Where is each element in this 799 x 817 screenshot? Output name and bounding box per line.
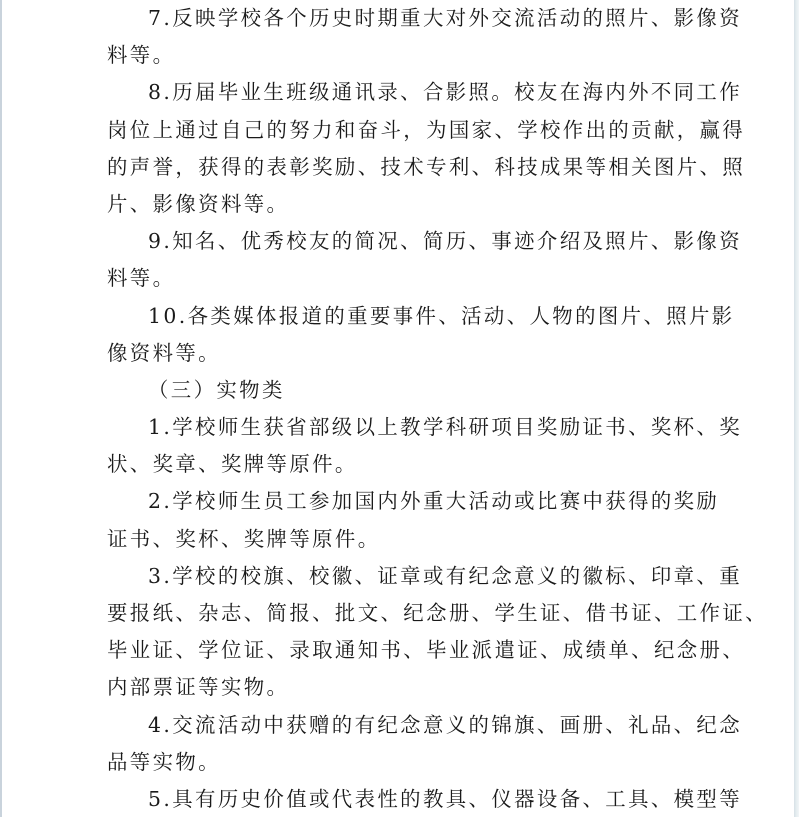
paragraph-line: 片、影像资料等。 — [107, 186, 697, 223]
paragraph-item-3-1: 1.学校师生获省部级以上教学科研项目奖励证书、奖杯、奖 状、奖章、奖牌等原件。 — [107, 409, 697, 483]
section-heading-physical-items: （三）实物类 — [107, 372, 697, 409]
paragraph-item-3-3: 3.学校的校旗、校徽、证章或有纪念意义的徽标、印章、重 要报纸、杂志、简报、批文… — [107, 558, 697, 707]
right-scrollbar-edge[interactable] — [794, 0, 799, 817]
paragraph-line: 料等。 — [107, 37, 697, 74]
paragraph-line: 像资料等。 — [107, 335, 697, 372]
paragraph-line: 内部票证等实物。 — [107, 669, 697, 706]
paragraph-line: 要报纸、杂志、简报、批文、纪念册、学生证、借书证、工作证、 — [107, 595, 697, 632]
document-page: 7.反映学校各个历史时期重大对外交流活动的照片、影像资 料等。 8.历届毕业生班… — [107, 0, 697, 817]
paragraph-line: 证书、奖杯、奖牌等原件。 — [107, 521, 697, 558]
paragraph-line: 的声誉，获得的表彰奖励、技术专利、科技成果等相关图片、照 — [107, 149, 697, 186]
paragraph-line: 8.历届毕业生班级通讯录、合影照。校友在海内外不同工作 — [107, 74, 697, 111]
paragraph-line: 毕业证、学位证、录取通知书、毕业派遣证、成绩单、纪念册、 — [107, 632, 697, 669]
paragraph-line: 3.学校的校旗、校徽、证章或有纪念意义的徽标、印章、重 — [107, 558, 697, 595]
paragraph-line: 岗位上通过自己的努力和奋斗，为国家、学校作出的贡献，赢得 — [107, 112, 697, 149]
paragraph-line: 9.知名、优秀校友的简况、简历、事迹介绍及照片、影像资 — [107, 223, 697, 260]
paragraph-line: 10.各类媒体报道的重要事件、活动、人物的图片、照片影 — [107, 298, 697, 335]
paragraph-line: 2.学校师生员工参加国内外重大活动或比赛中获得的奖励 — [107, 483, 697, 520]
paragraph-item-8: 8.历届毕业生班级通讯录、合影照。校友在海内外不同工作 岗位上通过自己的努力和奋… — [107, 74, 697, 223]
paragraph-item-3-5: 5.具有历史价值或代表性的教具、仪器设备、工具、模型等 — [107, 781, 697, 817]
paragraph-line: 7.反映学校各个历史时期重大对外交流活动的照片、影像资 — [107, 0, 697, 37]
paragraph-item-9: 9.知名、优秀校友的简况、简历、事迹介绍及照片、影像资 料等。 — [107, 223, 697, 297]
paragraph-line: 4.交流活动中获赠的有纪念意义的锦旗、画册、礼品、纪念 — [107, 707, 697, 744]
paragraph-item-10: 10.各类媒体报道的重要事件、活动、人物的图片、照片影 像资料等。 — [107, 298, 697, 372]
paragraph-line: 5.具有历史价值或代表性的教具、仪器设备、工具、模型等 — [107, 781, 697, 817]
paragraph-line: 1.学校师生获省部级以上教学科研项目奖励证书、奖杯、奖 — [107, 409, 697, 446]
left-page-edge — [0, 0, 2, 817]
paragraph-item-3-2: 2.学校师生员工参加国内外重大活动或比赛中获得的奖励 证书、奖杯、奖牌等原件。 — [107, 483, 697, 557]
paragraph-item-3-4: 4.交流活动中获赠的有纪念意义的锦旗、画册、礼品、纪念 品等实物。 — [107, 707, 697, 781]
section-heading: （三）实物类 — [107, 372, 697, 409]
paragraph-item-7: 7.反映学校各个历史时期重大对外交流活动的照片、影像资 料等。 — [107, 0, 697, 74]
paragraph-line: 品等实物。 — [107, 744, 697, 781]
paragraph-line: 料等。 — [107, 260, 697, 297]
paragraph-line: 状、奖章、奖牌等原件。 — [107, 446, 697, 483]
